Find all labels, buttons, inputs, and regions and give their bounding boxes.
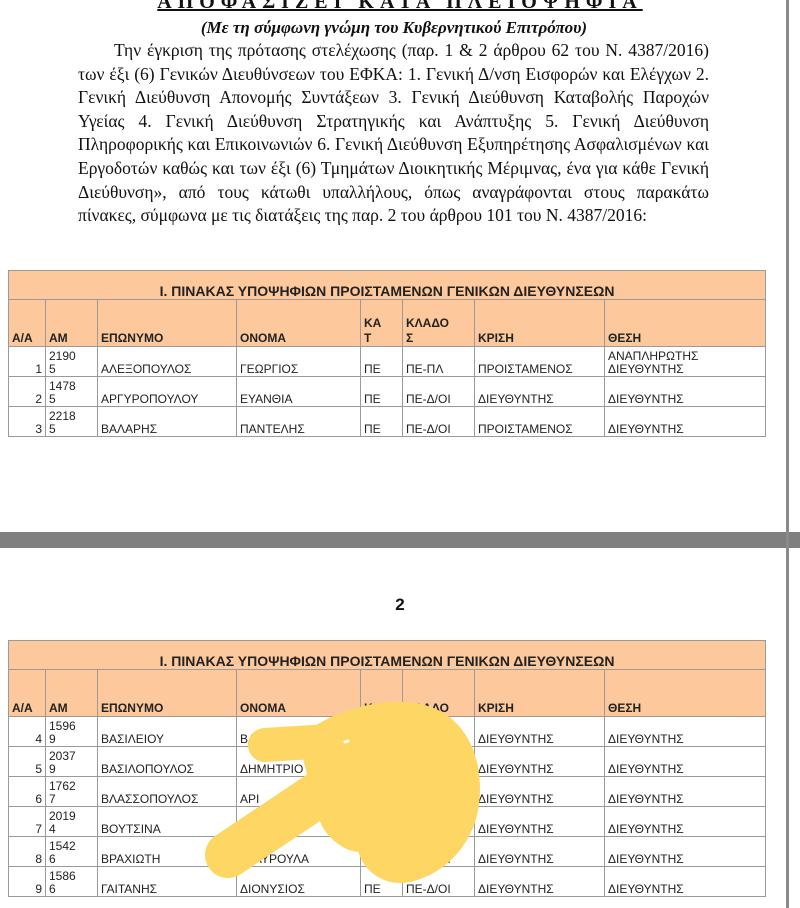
cell-name: ΔΙΟΝΥΣΙΟΣ	[237, 867, 361, 897]
cell-judgment: ΔΙΕΥΘΥΝΤΗΣ	[475, 747, 605, 777]
cell-branch: ΠΕ-Δ/ΟΙ	[403, 377, 475, 407]
cell-am: 14785	[46, 377, 98, 407]
cell-position: ΔΙΕΥΘΥΝΤΗΣ	[605, 377, 766, 407]
cell-am: 15866	[46, 867, 98, 897]
cell-surname: ΑΡΓΥΡΟΠΟΥΛΟΥ	[98, 377, 237, 407]
col-header-position: ΘΕΣΗ	[605, 670, 766, 717]
cell-category: ΠΕ	[361, 407, 403, 437]
decision-subheading: (Με τη σύμφωνη γνώμη του Κυβερνητικού Επ…	[0, 18, 788, 38]
table-1-body: 121905ΑΛΕΞΟΠΟΥΛΟΣΓΕΩΡΓΙΟΣΠΕΠΕ-ΠΛΠΡΟΙΣΤΑΜ…	[9, 347, 766, 437]
cell-judgment: ΔΙΕΥΘΥΝΤΗΣ	[475, 717, 605, 747]
table-row: 815426ΒΡΑΧΙΩΤΗΣΤΑΥΡΟΥΛΑΠΕΠΕ-Δ/ΟΙΔΙΕΥΘΥΝΤ…	[9, 837, 766, 867]
col-header-surname: ΕΠΩΝΥΜΟ	[98, 670, 237, 717]
col-header-position: ΘΕΣΗ	[605, 300, 766, 347]
col-header-am: ΑΜ	[46, 670, 98, 717]
cell-category: ΠΕ	[361, 837, 403, 867]
cell-name: ΔΗΜΗΤΡΙΟ	[237, 747, 361, 777]
table-row: 617627ΒΛΑΣΣΟΠΟΥΛΟΣΑΡΙΔΙΕΥΘΥΝΤΗΣΔΙΕΥΘΥΝΤΗ…	[9, 777, 766, 807]
cell-judgment: ΔΙΕΥΘΥΝΤΗΣ	[475, 377, 605, 407]
cell-category	[361, 717, 403, 747]
cell-judgment: ΠΡΟΙΣΤΑΜΕΝΟΣ	[475, 347, 605, 377]
decision-heading: ΑΠΟΦΑΣΙΖΕΙ ΚΑΤΑ ΠΛΕΙΟΨΗΦΙΑ	[0, 0, 800, 14]
col-header-judgment: ΚΡΙΣΗ	[475, 300, 605, 347]
candidates-table-2: Ι. ΠΙΝΑΚΑΣ ΥΠΟΨΗΦΙΩΝ ΠΡΟΙΣΤΑΜΕΝΩΝ ΓΕΝΙΚΩ…	[8, 640, 766, 897]
cell-category: ΠΕ	[361, 377, 403, 407]
cell-judgment: ΔΙΕΥΘΥΝΤΗΣ	[475, 807, 605, 837]
cell-aa: 9	[9, 867, 46, 897]
cell-name: ΕΥΑΝΘΙΑ	[237, 377, 361, 407]
cell-branch	[403, 777, 475, 807]
cell-surname: ΒΡΑΧΙΩΤΗ	[98, 837, 237, 867]
cell-aa: 6	[9, 777, 46, 807]
col-header-aa: Α/Α	[9, 670, 46, 717]
candidates-table-1: Ι. ΠΙΝΑΚΑΣ ΥΠΟΨΗΦΙΩΝ ΠΡΟΙΣΤΑΜΕΝΩΝ ΓΕΝΙΚΩ…	[8, 270, 766, 437]
cell-am: 20379	[46, 747, 98, 777]
cell-position: ΔΙΕΥΘΥΝΤΗΣ	[605, 407, 766, 437]
cell-position: ΔΙΕΥΘΥΝΤΗΣ	[605, 717, 766, 747]
cell-aa: 7	[9, 807, 46, 837]
col-header-category: ΚΑ	[361, 670, 403, 717]
table-title: Ι. ΠΙΝΑΚΑΣ ΥΠΟΨΗΦΙΩΝ ΠΡΟΙΣΤΑΜΕΝΩΝ ΓΕΝΙΚΩ…	[9, 271, 766, 300]
cell-am: 15426	[46, 837, 98, 867]
col-header-name: ΟΝΟΜΑ	[237, 300, 361, 347]
cell-am: 20194	[46, 807, 98, 837]
table-row: 720194ΒΟΥΤΣΙΝΑΙΑΔΙΕΥΘΥΝΤΗΣΔΙΕΥΘΥΝΤΗΣ	[9, 807, 766, 837]
cell-aa: 8	[9, 837, 46, 867]
cell-name: ΣΤΑΥΡΟΥΛΑ	[237, 837, 361, 867]
cell-category	[361, 777, 403, 807]
cell-branch: ΠΕ-Δ/ΟΙ	[403, 837, 475, 867]
col-header-branch: ΚΛΑΔΟΣ	[403, 300, 475, 347]
col-header-branch: ΚΛΑΔΟ	[403, 670, 475, 717]
page-number: 2	[0, 595, 800, 615]
cell-aa: 1	[9, 347, 46, 377]
table-header-row: Α/Α ΑΜ ΕΠΩΝΥΜΟ ΟΝΟΜΑ ΚΑΤ ΚΛΑΔΟΣ ΚΡΙΣΗ ΘΕ…	[9, 300, 766, 347]
cell-name: ΙΑ	[237, 807, 361, 837]
table-row: 915866ΓΑΙΤΑΝΗΣΔΙΟΝΥΣΙΟΣΠΕΠΕ-Δ/ΟΙΔΙΕΥΘΥΝΤ…	[9, 867, 766, 897]
cell-position: ΔΙΕΥΘΥΝΤΗΣ	[605, 867, 766, 897]
cell-surname: ΒΟΥΤΣΙΝΑ	[98, 807, 237, 837]
cell-name: ΠΑΝΤΕΛΗΣ	[237, 407, 361, 437]
table-row: 214785ΑΡΓΥΡΟΠΟΥΛΟΥΕΥΑΝΘΙΑΠΕΠΕ-Δ/ΟΙΔΙΕΥΘΥ…	[9, 377, 766, 407]
cell-position: ΔΙΕΥΘΥΝΤΗΣ	[605, 807, 766, 837]
col-header-name: ΟΝΟΜΑ	[237, 670, 361, 717]
col-header-category: ΚΑΤ	[361, 300, 403, 347]
cell-position: ΑΝΑΠΛΗΡΩΤΗΣ ΔΙΕΥΘΥΝΤΗΣ	[605, 347, 766, 377]
cell-category	[361, 807, 403, 837]
cell-judgment: ΠΡΟΙΣΤΑΜΕΝΟΣ	[475, 407, 605, 437]
cell-name: ΓΕΩΡΓΙΟΣ	[237, 347, 361, 377]
cell-surname: ΒΑΣΙΛΟΠΟΥΛΟΣ	[98, 747, 237, 777]
cell-am: 15969	[46, 717, 98, 747]
page-edge-scrollbar[interactable]	[786, 0, 789, 908]
col-header-am: ΑΜ	[46, 300, 98, 347]
cell-branch	[403, 807, 475, 837]
document-page-1: ΑΠΟΦΑΣΙΖΕΙ ΚΑΤΑ ΠΛΕΙΟΨΗΦΙΑ (Με τη σύμφων…	[0, 0, 788, 532]
table-title: Ι. ΠΙΝΑΚΑΣ ΥΠΟΨΗΦΙΩΝ ΠΡΟΙΣΤΑΜΕΝΩΝ ΓΕΝΙΚΩ…	[9, 641, 766, 670]
table-header-row: Α/Α ΑΜ ΕΠΩΝΥΜΟ ΟΝΟΜΑ ΚΑ ΚΛΑΔΟ ΚΡΙΣΗ ΘΕΣΗ	[9, 670, 766, 717]
table-row: 121905ΑΛΕΞΟΠΟΥΛΟΣΓΕΩΡΓΙΟΣΠΕΠΕ-ΠΛΠΡΟΙΣΤΑΜ…	[9, 347, 766, 377]
col-header-aa: Α/Α	[9, 300, 46, 347]
cell-judgment: ΔΙΕΥΘΥΝΤΗΣ	[475, 867, 605, 897]
cell-position: ΔΙΕΥΘΥΝΤΗΣ	[605, 747, 766, 777]
table-2-body: 415969ΒΑΣΙΛΕΙΟΥΒΑΔΙΕΥΘΥΝΤΗΣΔΙΕΥΘΥΝΤΗΣ520…	[9, 717, 766, 897]
cell-position: ΔΙΕΥΘΥΝΤΗΣ	[605, 837, 766, 867]
cell-branch	[403, 717, 475, 747]
cell-aa: 5	[9, 747, 46, 777]
table-row: 322185ΒΑΛΑΡΗΣΠΑΝΤΕΛΗΣΠΕΠΕ-Δ/ΟΙΠΡΟΙΣΤΑΜΕΝ…	[9, 407, 766, 437]
decision-body-text: Την έγκριση της πρότασης στελέχωσης (παρ…	[78, 39, 709, 228]
cell-surname: ΒΛΑΣΣΟΠΟΥΛΟΣ	[98, 777, 237, 807]
cell-name: ΒΑ	[237, 717, 361, 747]
cell-name: ΑΡΙ	[237, 777, 361, 807]
cell-category	[361, 747, 403, 777]
cell-am: 22185	[46, 407, 98, 437]
cell-surname: ΒΑΣΙΛΕΙΟΥ	[98, 717, 237, 747]
cell-surname: ΑΛΕΞΟΠΟΥΛΟΣ	[98, 347, 237, 377]
cell-category: ΠΕ	[361, 347, 403, 377]
cell-branch: ΠΕ-Δ/ΟΙ	[403, 407, 475, 437]
col-header-judgment: ΚΡΙΣΗ	[475, 670, 605, 717]
cell-branch	[403, 747, 475, 777]
table-row: 415969ΒΑΣΙΛΕΙΟΥΒΑΔΙΕΥΘΥΝΤΗΣΔΙΕΥΘΥΝΤΗΣ	[9, 717, 766, 747]
cell-position: ΔΙΕΥΘΥΝΤΗΣ	[605, 777, 766, 807]
cell-judgment: ΔΙΕΥΘΥΝΤΗΣ	[475, 837, 605, 867]
cell-category: ΠΕ	[361, 867, 403, 897]
cell-surname: ΓΑΙΤΑΝΗΣ	[98, 867, 237, 897]
cell-aa: 3	[9, 407, 46, 437]
cell-am: 17627	[46, 777, 98, 807]
cell-aa: 4	[9, 717, 46, 747]
cell-surname: ΒΑΛΑΡΗΣ	[98, 407, 237, 437]
cell-branch: ΠΕ-ΠΛ	[403, 347, 475, 377]
col-header-surname: ΕΠΩΝΥΜΟ	[98, 300, 237, 347]
page-separator	[0, 532, 800, 548]
table-row: 520379ΒΑΣΙΛΟΠΟΥΛΟΣΔΗΜΗΤΡΙΟΔΙΕΥΘΥΝΤΗΣΔΙΕΥ…	[9, 747, 766, 777]
cell-judgment: ΔΙΕΥΘΥΝΤΗΣ	[475, 777, 605, 807]
cell-am: 21905	[46, 347, 98, 377]
cell-aa: 2	[9, 377, 46, 407]
cell-branch: ΠΕ-Δ/ΟΙ	[403, 867, 475, 897]
